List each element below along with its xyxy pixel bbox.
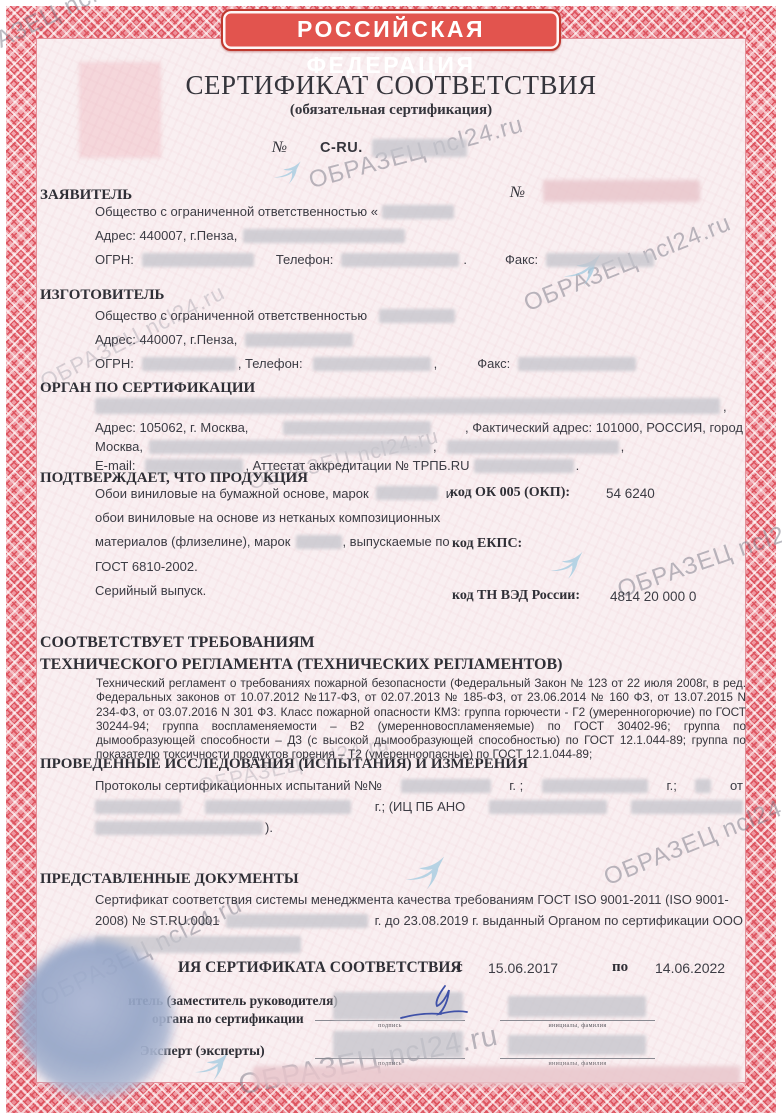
redacted-text: [631, 800, 743, 814]
ogrn-label: ОГРН:: [95, 356, 134, 371]
applicant-address-line: Адрес: 440007, г.Пенза,: [95, 228, 405, 243]
redacted-text: [149, 440, 431, 454]
redacted-text: [142, 357, 236, 371]
country-banner: РОССИЙСКАЯ ФЕДЕРАЦИЯ: [221, 9, 561, 51]
comma: ,: [621, 439, 625, 454]
certification-body-name-line: ,: [95, 398, 727, 414]
product-description: Обои виниловые на бумажной основе, марок…: [95, 481, 453, 603]
manufacturer-address-line: Адрес: 440007, г.Пенза,: [95, 332, 353, 347]
phone-label: , Телефон:: [238, 356, 303, 371]
tests-intro: Протоколы сертификационных испытаний №№: [95, 778, 382, 793]
applicant-heading: ЗАЯВИТЕЛЬ: [40, 187, 132, 204]
redacted-text: [474, 459, 574, 473]
redacted-name: [508, 1035, 646, 1055]
product-serial: Серийный выпуск.: [95, 583, 206, 598]
fax-label: Факс:: [477, 356, 510, 371]
applicant-name-text: Общество с ограниченной ответственностью…: [95, 204, 378, 219]
dot: .: [463, 252, 467, 267]
redacted-text: [489, 800, 607, 814]
redacted-text: [313, 357, 431, 371]
redacted-blank-number: [543, 180, 700, 202]
comma: ,: [723, 399, 727, 414]
documents-line1: Сертификат соответствия системы менеджме…: [95, 892, 745, 907]
redacted-text: [95, 800, 181, 814]
redacted-signature: [333, 1031, 463, 1058]
manufacturer-address-text: Адрес: 440007, г.Пенза,: [95, 332, 237, 347]
redacted-text: [341, 253, 459, 267]
code-tnved-value: 4814 20 000 0: [610, 589, 696, 604]
redacted-text: [447, 440, 619, 454]
tests-line1: Протоколы сертификационных испытаний №№ …: [95, 778, 743, 793]
validity-to-date: 14.06.2022: [655, 960, 725, 976]
manufacturer-name-text: Общество с ограниченной ответственностью: [95, 308, 367, 323]
redacted-text: [243, 229, 405, 243]
name-line: [500, 1058, 655, 1059]
redacted-text: [695, 779, 711, 793]
code-okp-label: код ОК 005 (ОКП):: [450, 485, 570, 501]
tests-frag: г.; (ИЦ ПБ АНО: [375, 799, 466, 814]
documents-number: 2008) № ST.RU.0001: [95, 913, 220, 928]
applicant-number-sign: №: [510, 184, 525, 202]
redacted-text: [95, 821, 263, 835]
manufacturer-heading: ИЗГОТОВИТЕЛЬ: [40, 287, 164, 304]
documents-line2: 2008) № ST.RU.0001 г. до 23.08.2019 г. в…: [95, 913, 743, 928]
address-prefix: Адрес: 105062, г. Москва,: [95, 420, 248, 435]
code-tnved-label: код ТН ВЭД России:: [452, 588, 580, 604]
bird-icon: [546, 548, 584, 581]
redacted-text: [283, 421, 431, 435]
product-gost: ГОСТ 6810-2002.: [95, 559, 198, 574]
name-line: [500, 1020, 655, 1021]
number-sign: №: [272, 139, 287, 157]
tests-heading: ПРОВЕДЕННЫЕ ИССЛЕДОВАНИЯ (ИСПЫТАНИЯ) И И…: [40, 756, 528, 773]
certification-body-address-line: Адрес: 105062, г. Москва, , Фактический …: [95, 420, 743, 435]
redacted-text: [542, 779, 648, 793]
redacted-certificate-number: [372, 139, 467, 157]
applicant-address-text: Адрес: 440007, г.Пенза,: [95, 228, 237, 243]
certificate-subtitle: (обязательная сертификация): [0, 102, 782, 119]
certification-body-heading: ОРГАН ПО СЕРТИФИКАЦИИ: [40, 380, 255, 397]
address-suffix: , Фактический адрес: 101000, РОССИЯ, гор…: [465, 420, 743, 435]
applicant-ogrn-line: ОГРН: Телефон: . Факс:: [95, 252, 654, 267]
redacted-text: [226, 914, 368, 928]
code-ekps-label: код ЕКПС:: [452, 536, 522, 552]
tests-frag: г. ;: [509, 778, 523, 793]
redacted-name: [508, 996, 646, 1017]
documents-issuer: г. до 23.08.2019 г. выданный Органом по …: [375, 913, 743, 928]
border-pattern-left: [6, 6, 36, 1113]
signature-line: [315, 1058, 465, 1059]
tests-frag: ).: [265, 820, 273, 835]
ogrn-label: ОГРН:: [95, 252, 134, 267]
redacted-text: [376, 486, 438, 500]
redacted-text: [382, 205, 454, 219]
product-line3-end: , выпускаемые по: [342, 534, 449, 549]
manufacturer-ogrn-line: ОГРН: , Телефон: , Факс:: [95, 356, 636, 371]
signatory-role-line2: органа по сертификации: [152, 1011, 304, 1027]
bird-icon: [400, 852, 446, 892]
validity-from-date: 15.06.2017: [488, 960, 558, 976]
redacted-strip: [253, 1066, 740, 1086]
tests-line2: г.; (ИЦ ПБ АНО: [95, 799, 743, 814]
dot: .: [576, 458, 580, 473]
tests-frag: г.;: [666, 778, 676, 793]
blurred-round-stamp: [18, 940, 173, 1098]
product-line2: обои виниловые на основе из нетканых ком…: [95, 510, 440, 525]
compliance-heading: СООТВЕТСТВУЕТ ТРЕБОВАНИЯМ: [40, 634, 315, 652]
tests-line3: ).: [95, 820, 273, 835]
validity-from-label: с: [456, 959, 463, 976]
redacted-text: [401, 779, 491, 793]
certificate-page: ОБРАЗЕЦ ncl24.ru ОБРАЗЕЦ ncl24.ru ОБРАЗЕ…: [0, 0, 782, 1119]
redacted-text: [205, 800, 351, 814]
name-caption: инициалы, фамилия: [500, 1023, 655, 1029]
comma: ,: [433, 439, 437, 454]
product-line1: Обои виниловые на бумажной основе, марок: [95, 486, 369, 501]
product-line3: материалов (флизелине), марок: [95, 534, 290, 549]
compliance-body: Технический регламент о требованиях пожа…: [96, 676, 746, 762]
documents-heading: ПРЕДСТАВЛЕННЫЕ ДОКУМЕНТЫ: [40, 871, 299, 888]
certification-body-address-line2: Москва, , ,: [95, 439, 624, 454]
redacted-text: [379, 309, 455, 323]
certificate-number-prefix: C-RU.: [320, 140, 363, 156]
fax-label: Факс:: [505, 252, 538, 267]
bird-icon: [270, 158, 302, 186]
redacted-text: [142, 253, 254, 267]
redacted-text: [296, 535, 342, 549]
handwritten-signature: [395, 980, 470, 1025]
redacted-text: [95, 398, 720, 414]
comma: ,: [434, 356, 438, 371]
validity-heading: ИЯ СЕРТИФИКАТА СООТВЕТСТВИЯ: [178, 959, 462, 977]
manufacturer-name-line: Общество с ограниченной ответственностью: [95, 308, 455, 323]
code-okp-value: 54 6240: [606, 486, 655, 501]
redacted-text: [245, 333, 353, 347]
validity-to-label: по: [612, 959, 628, 976]
compliance-subheading: ТЕХНИЧЕСКОГО РЕГЛАМЕНТА (ТЕХНИЧЕСКИХ РЕГ…: [40, 656, 562, 674]
applicant-name-line: Общество с ограниченной ответственностью…: [95, 204, 454, 219]
phone-label: Телефон:: [276, 252, 334, 267]
redacted-text: [546, 253, 654, 267]
redacted-text: [518, 357, 636, 371]
address2-prefix: Москва,: [95, 439, 143, 454]
tests-frag: от: [730, 778, 743, 793]
